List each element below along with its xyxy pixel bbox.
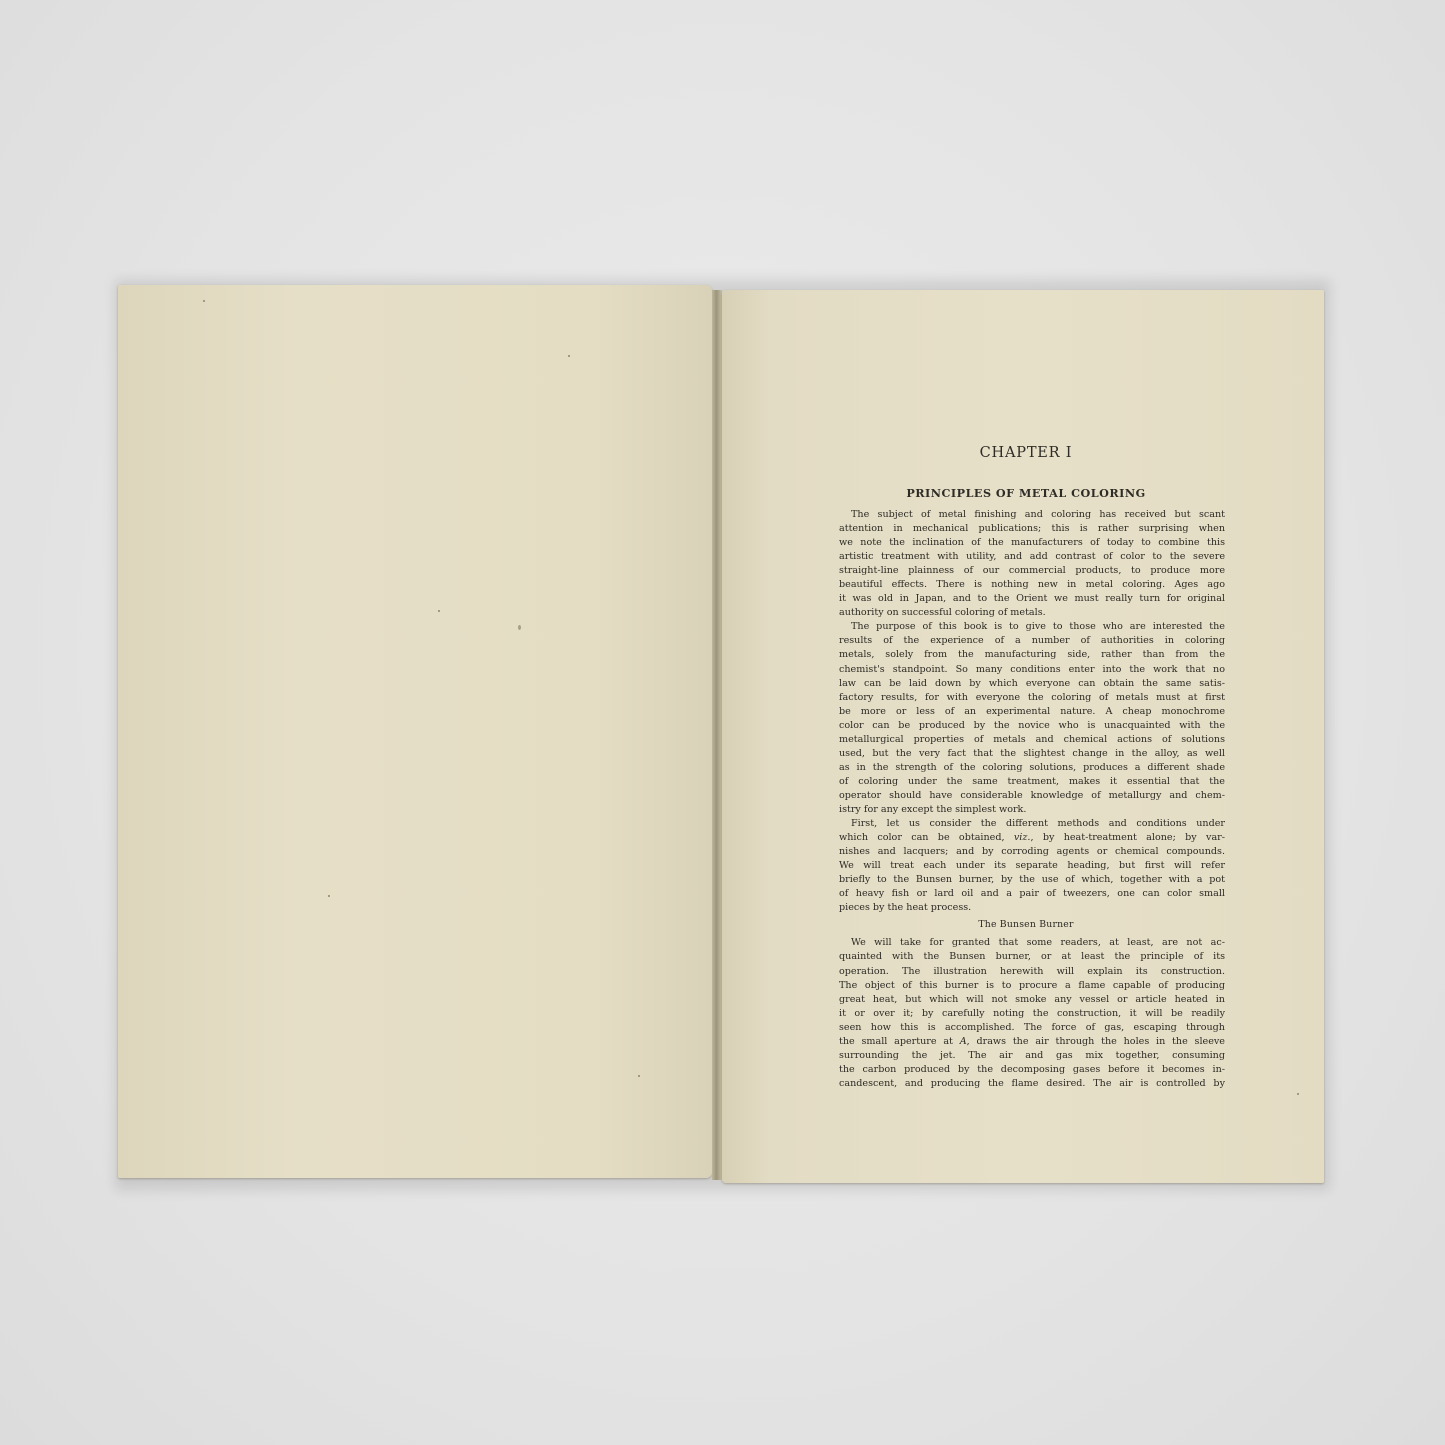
text-line: of coloring under the same treatment, ma… bbox=[827, 775, 1225, 789]
text-line: candescent, and producing the flame desi… bbox=[827, 1077, 1225, 1091]
text-line: quainted with the Bunsen burner, or at l… bbox=[827, 950, 1225, 964]
text-line: nishes and lacquers; and by corroding ag… bbox=[827, 845, 1225, 859]
text-line: operator should have considerable knowle… bbox=[827, 789, 1225, 803]
text-line: color can be produced by the novice who … bbox=[827, 719, 1225, 733]
text-line: beautiful effects. There is nothing new … bbox=[827, 578, 1225, 592]
text-line: straight-line plainness of our commercia… bbox=[827, 564, 1225, 578]
body-text: The subject of metal finishing and color… bbox=[827, 508, 1225, 1091]
text-fragment: which color can be obtained, bbox=[839, 832, 1014, 843]
text-line: We will take for granted that some reade… bbox=[827, 936, 1225, 950]
paragraph-2: The purpose of this book is to give to t… bbox=[827, 620, 1225, 817]
text-line: it or over it; by carefully noting the c… bbox=[827, 1007, 1225, 1021]
paper-speck bbox=[638, 1075, 640, 1077]
book-gutter bbox=[712, 290, 722, 1180]
text-line: law can be laid down by which everyone c… bbox=[827, 677, 1225, 691]
text-line: results of the experience of a number of… bbox=[827, 634, 1225, 648]
text-line: great heat, but which will not smoke any… bbox=[827, 993, 1225, 1007]
text-line: we note the inclination of the manufactu… bbox=[827, 536, 1225, 550]
chapter-heading: CHAPTER I bbox=[827, 445, 1225, 461]
text-line: factory results, for with everyone the c… bbox=[827, 691, 1225, 705]
left-page bbox=[118, 285, 712, 1178]
text-line: surrounding the jet. The air and gas mix… bbox=[827, 1049, 1225, 1063]
paragraph-1: The subject of metal finishing and color… bbox=[827, 508, 1225, 620]
chapter-title: PRINCIPLES OF METAL COLORING bbox=[827, 486, 1225, 500]
right-page: CHAPTER I PRINCIPLES OF METAL COLORING T… bbox=[722, 290, 1324, 1183]
text-line: operation. The illustration herewith wil… bbox=[827, 965, 1225, 979]
text-line: the carbon produced by the decomposing g… bbox=[827, 1063, 1225, 1077]
text-line: pieces by the heat process. bbox=[827, 901, 1225, 915]
text-line: The object of this burner is to procure … bbox=[827, 979, 1225, 993]
text-fragment: , draws the air through the holes in the… bbox=[967, 1036, 1225, 1047]
paper-speck bbox=[568, 355, 570, 357]
section-subheading: The Bunsen Burner bbox=[827, 918, 1225, 932]
text-line: of heavy fish or lard oil and a pair of … bbox=[827, 887, 1225, 901]
text-line: the small aperture at A, draws the air t… bbox=[827, 1035, 1225, 1049]
text-line: artistic treatment with utility, and add… bbox=[827, 550, 1225, 564]
italic-fragment: viz. bbox=[1014, 832, 1031, 843]
paper-speck bbox=[438, 610, 440, 612]
text-line: metallurgical properties of metals and c… bbox=[827, 733, 1225, 747]
text-line: seen how this is accomplished. The force… bbox=[827, 1021, 1225, 1035]
text-line: which color can be obtained, viz., by he… bbox=[827, 831, 1225, 845]
text-line: as in the strength of the coloring solut… bbox=[827, 761, 1225, 775]
paragraph-4: We will take for granted that some reade… bbox=[827, 936, 1225, 1091]
text-line: First, let us consider the different met… bbox=[827, 817, 1225, 831]
paper-speck bbox=[518, 625, 521, 630]
text-line: We will treat each under its separate he… bbox=[827, 859, 1225, 873]
italic-fragment: A bbox=[960, 1036, 967, 1047]
paper-speck bbox=[203, 300, 205, 302]
text-line: istry for any except the simplest work. bbox=[827, 803, 1225, 817]
text-line: authority on successful coloring of meta… bbox=[827, 606, 1225, 620]
paragraph-3: First, let us consider the different met… bbox=[827, 817, 1225, 915]
text-line: The purpose of this book is to give to t… bbox=[827, 620, 1225, 634]
paper-speck bbox=[328, 895, 330, 897]
text-line: attention in mechanical publications; th… bbox=[827, 522, 1225, 536]
text-line: briefly to the Bunsen burner, by the use… bbox=[827, 873, 1225, 887]
text-line: metals, solely from the manufacturing si… bbox=[827, 648, 1225, 662]
text-fragment: the small aperture at bbox=[839, 1036, 960, 1047]
text-line: used, but the very fact that the slighte… bbox=[827, 747, 1225, 761]
text-fragment: , by heat-treatment alone; by var- bbox=[1030, 832, 1225, 843]
text-line: chemist's standpoint. So many conditions… bbox=[827, 663, 1225, 677]
paper-speck bbox=[1297, 1093, 1299, 1095]
text-line: be more or less of an experimental natur… bbox=[827, 705, 1225, 719]
text-line: it was old in Japan, and to the Orient w… bbox=[827, 592, 1225, 606]
text-line: The subject of metal finishing and color… bbox=[827, 508, 1225, 522]
